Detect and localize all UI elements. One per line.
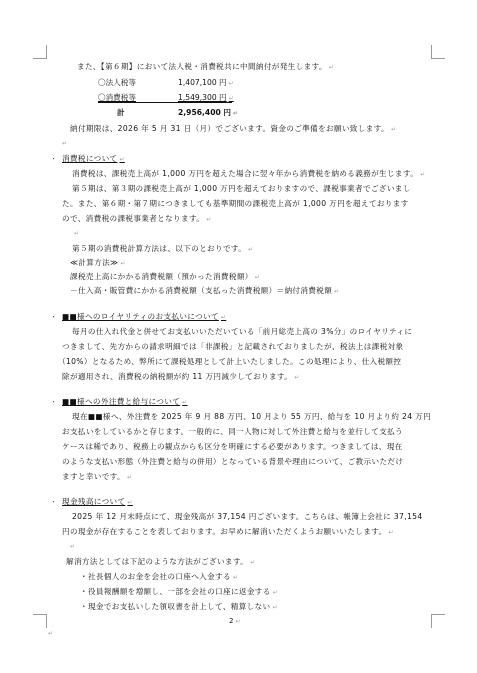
table-row-label: 〇法人税等 [98,78,136,88]
document-page: また、【第６期】において法人税・消費税共に中間納付が発生します。↵ 〇法人税等 … [0,0,477,673]
body-text: 現在■■様へ、外注費を 2025 年 9 月 88 万円、10 月より 55 万… [72,412,431,422]
body-text: 円の現金が存在することを表しております。お早めに解消いただくようお願いいたします… [62,527,394,538]
sum-rule [98,102,232,103]
table-row-value: 1,407,100 円↵ [178,78,234,89]
body-text: （10%）となるため、弊所にて課税処理として計上いたしました。この処理により、仕… [58,357,401,367]
body-text: ますと幸いです。↵ [62,472,132,483]
total-label: 計 [117,108,125,118]
section-heading: ■■様への外注費と給与について↵ [62,397,188,408]
methods-intro: 解消方法としては下記のような方法がございます。↵ [66,557,256,568]
footer-empty-paragraph: ↵ [48,629,53,639]
method-item: ・役員報酬額を増額し、一部を会社の口座に返金する↵ [80,587,278,598]
bullet-icon: ・ [50,154,57,164]
body-text: つきまして、先方からの請求明細では「非課税」と記載されておりましたが、税法上は課… [62,342,403,352]
body-text: お支払いをしているかと存じます。一般的に、同一人物に対して外注費と給与を並行して… [62,427,403,437]
body-text: のような支払い形態（外注費と給与の併用）となっている背景や理由について、ご教示い… [62,457,403,467]
method-item: ・現金でお支払いした領収書を計上して、精算しない↵ [80,602,278,613]
deadline-text: 納付期限は、2026 年 5 月 31 日（月）でございます。資金のご準備をお願… [70,124,396,135]
bullet-icon: ・ [50,397,57,407]
calc-formula-line2: －仕入高・販管費にかかる消費税額（支払った消費税額）＝納付消費税額↵ [70,286,340,297]
page-number: 2↵ [229,616,241,627]
body-text: 除が適用され、消費税の納税額が約 11 万円減少しております。↵ [62,372,300,383]
bullet-icon: ・ [50,312,57,322]
section-heading: 消費税について↵ [62,154,125,165]
body-text: た。また、第６期・第７期につきましても基準期間の課税売上高が 1,000 万円を… [62,199,409,209]
empty-paragraph: ↵ [70,542,75,552]
empty-paragraph: ↵ [62,139,67,149]
intro-text: また、【第６期】において法人税・消費税共に中間納付が発生します。↵ [77,62,334,73]
body-text: 2025 年 12 月末時点にて、現金残高が 37,154 円ございます。こちら… [72,512,423,522]
crop-mark-top-right [431,45,445,59]
calc-title: ≪計算方法≫↵ [70,258,126,269]
method-item: ・社長個人のお金を会社の口座へ入金する↵ [80,572,238,583]
section-heading: 現金残高について↵ [62,497,133,508]
body-text: 毎月の仕入れ代金と併せてお支払いいただいている「前月総売上高の 3%分」のロイヤ… [72,327,412,337]
crop-mark-top-left [33,45,47,59]
body-text: 消費税は、課税売上高が 1,000 万円を超えた場合に翌々年から消費税を納める義… [72,169,426,180]
calc-formula-line1: 課税売上高にかかる消費税額（預かった消費税額）↵ [70,272,260,283]
bullet-icon: ・ [50,497,57,507]
calc-intro: 第５期の消費税計算方法は、以下のとおりです。↵ [72,244,254,255]
body-text: ケースは稀であり、税務上の観点からも区分を明確にする必要があります。つきましては… [62,442,403,452]
crop-mark-bottom-right [431,614,445,628]
body-text: 第５期は、第３期の課税売上高が 1,000 万円を超えておりますので、課税事業者… [72,184,411,194]
crop-mark-bottom-left [33,614,47,628]
section-heading: ■■様へのロイヤリティのお支払いについて↵ [62,312,226,323]
total-value: 2,956,400 円↵ [178,108,238,119]
body-text: ので、消費税の課税事業者となります。↵ [62,214,212,225]
empty-paragraph: ↵ [74,229,79,239]
